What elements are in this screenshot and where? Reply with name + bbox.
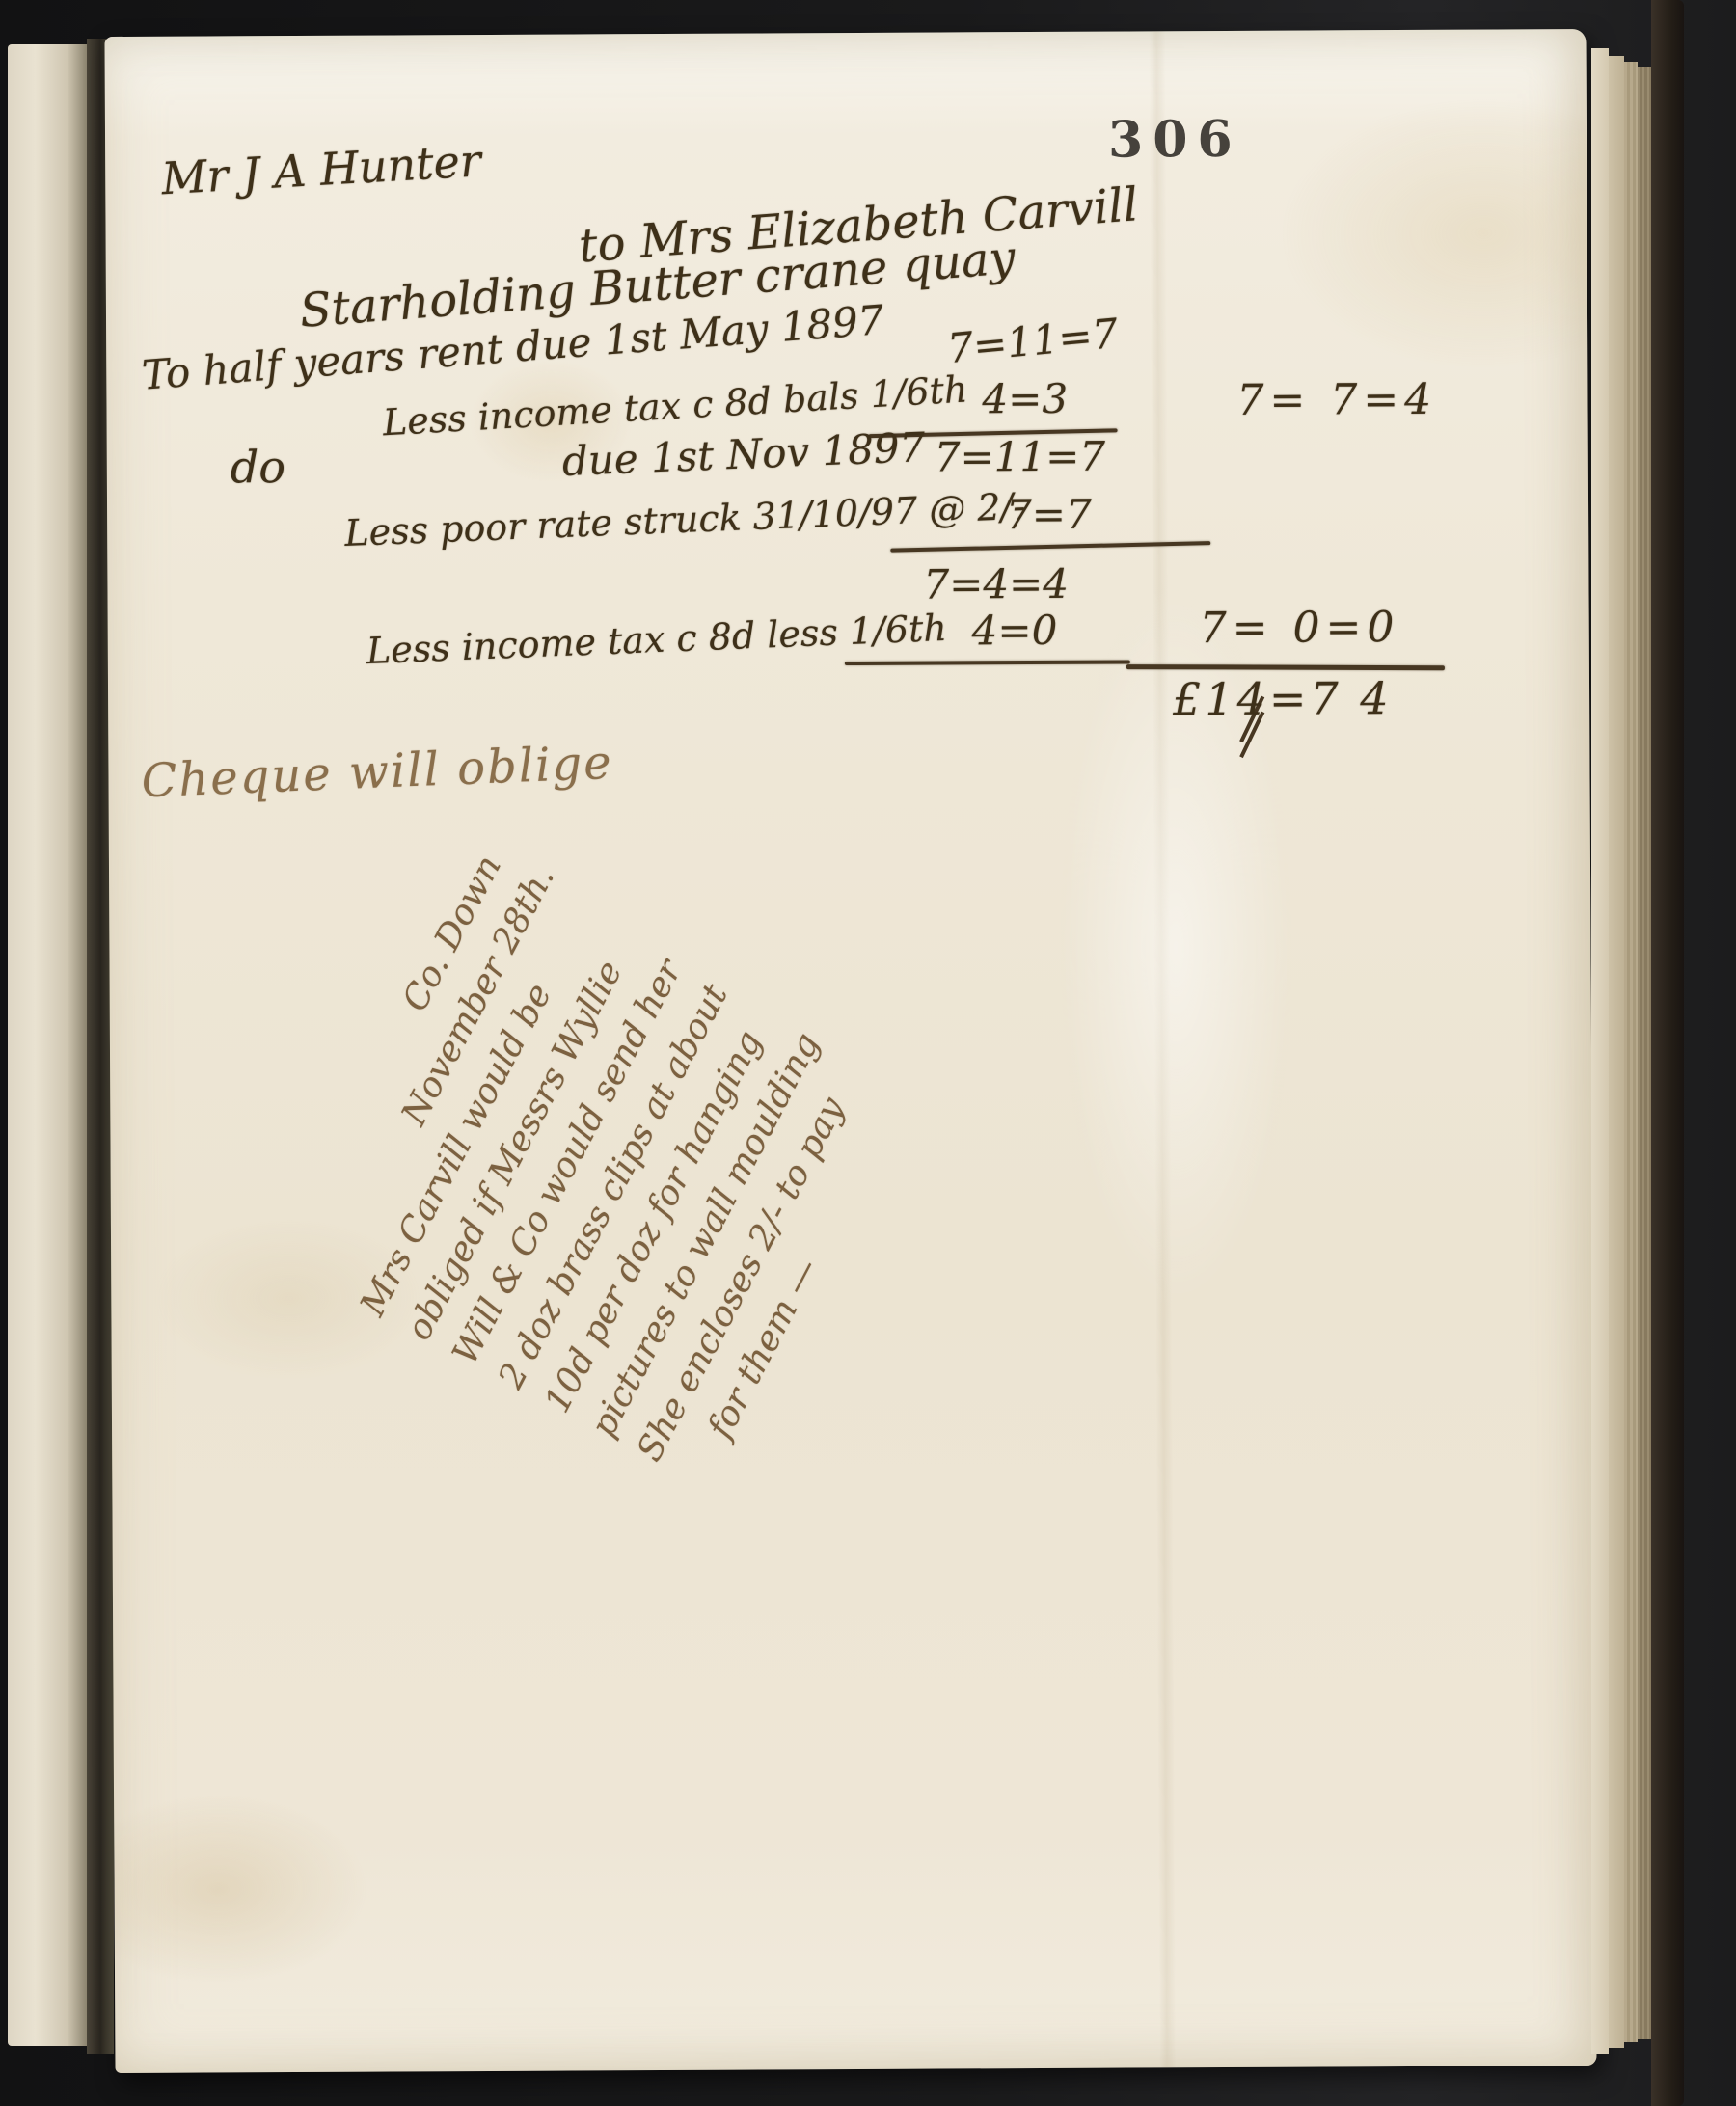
debtor-name: Mr J A Hunter: [160, 134, 482, 204]
closing-request: Cheque will oblige: [141, 736, 614, 809]
page-number-stamp: 306: [1108, 110, 1242, 170]
poor-rate-amount: 7=7: [1006, 491, 1092, 538]
manuscript-photo: 306 Mr J A Hunter to Mrs Elizabeth Carvi…: [0, 0, 1736, 2106]
ink-rule-over-grand-total: [1126, 664, 1445, 670]
rent-due-may-amount: 7=11=7: [945, 310, 1120, 372]
rent-due-nov-label: due 1st Nov 1897: [561, 423, 926, 485]
income-tax-nov-amount: 4=0: [972, 607, 1058, 654]
stacked-page-edges: [1591, 48, 1609, 2054]
ink-rule-under-poor-rate: [890, 541, 1210, 553]
adjacent-page-edge: [8, 44, 87, 2046]
stacked-page-edges: [1624, 62, 1638, 2042]
manuscript-page: 306 Mr J A Hunter to Mrs Elizabeth Carvi…: [104, 29, 1596, 2073]
net-nov-total: 7= 0=0: [1200, 603, 1400, 653]
income-tax-may-amount: 4=3: [982, 375, 1068, 422]
grand-total: £14=7 4: [1173, 672, 1393, 725]
stacked-page-edges: [1609, 56, 1624, 2048]
rent-due-nov-amount: 7=11=7: [935, 433, 1106, 481]
nov-subtotal: 7=4=4: [923, 560, 1069, 608]
ink-rule-under-4-0: [845, 660, 1130, 665]
book-cover-edge: [1651, 0, 1684, 2106]
diagonal-memo: Co. Down November 28th. Mrs Carvill woul…: [256, 833, 937, 1496]
net-may-total: 7= 7=4: [1236, 375, 1437, 425]
poor-rate-label: Less poor rate struck 31/10/97 @ 2/-: [344, 485, 1026, 554]
stacked-page-edges: [1638, 67, 1651, 2038]
ditto-mark: do: [231, 441, 285, 493]
